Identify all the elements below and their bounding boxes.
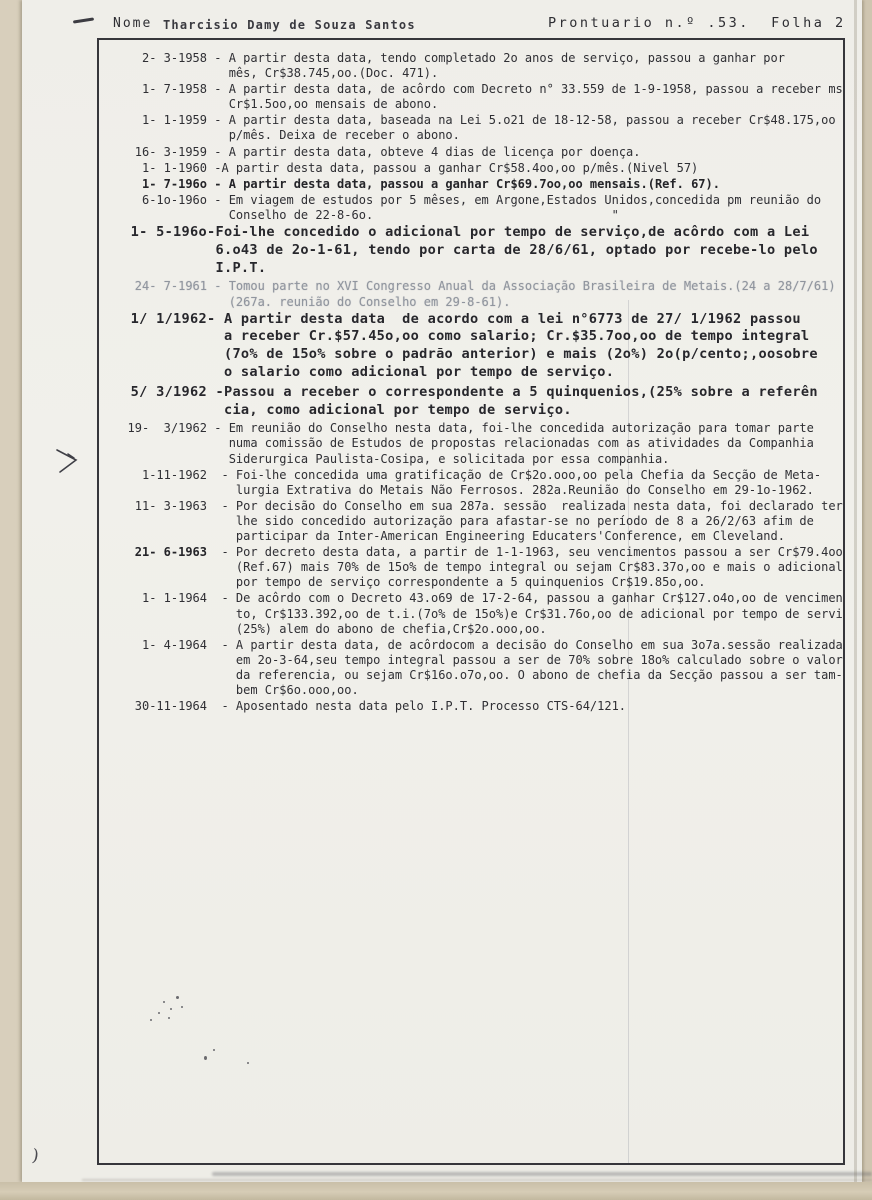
entry-date: 1/ 1/1962 [107,311,207,329]
entry-separator: - [207,384,224,402]
entry-separator: - [207,193,229,208]
record-entry: 1- 7-196o - A partir desta data, passou … [107,177,843,192]
entry-date: 16- 3-1959 [107,145,207,160]
entry-separator: - [207,421,229,436]
entry-text: A partir desta data, tendo completado 2o… [229,51,843,81]
paper-right-edge-shadow [854,0,857,1182]
entry-separator: - [207,545,236,560]
record-entry: 11- 3-1963 - Por decisão do Conselho em … [107,499,843,544]
entry-date: 24- 7-1961 [107,279,207,294]
entry-date: 1- 1-1960 [107,161,207,176]
name-label: Nome [113,16,152,31]
entry-date: 1- 1-1959 [107,113,207,128]
entry-text: A partir desta data, obteve 4 dias de li… [229,145,843,160]
entry-separator: - [207,638,236,653]
entry-separator: - [207,145,229,160]
entry-text: Foi-lhe concedida uma gratificação de Cr… [236,468,843,498]
entry-text: A partir desta data, baseada na Lei 5.o2… [229,113,843,143]
ink-speckle [247,1062,249,1064]
entry-separator: - [207,591,236,606]
prontuario-folha-label: Prontuario n.º .53. Folha 2 [548,15,846,31]
record-entry: 2- 3-1958 - A partir desta data, tendo c… [107,51,843,81]
entry-separator: - [207,279,229,294]
ink-speckle [150,1019,152,1021]
entry-separator: - [207,82,229,97]
entry-date: 1- 1-1964 [107,591,207,606]
ink-speckle [170,1008,172,1010]
entry-date: 1- 7-1958 [107,82,207,97]
entry-separator: - [207,468,236,483]
paper-edge-smudge-faint [82,1179,872,1181]
entry-separator: - [207,51,229,66]
entry-text: Em viagem de estudos por 5 mêses, em Arg… [229,193,843,223]
paper-edge-smudge [212,1172,872,1176]
entry-text: Por decreto desta data, a partir de 1-1-… [236,545,843,590]
record-entry: 1- 1-1959 - A partir desta data, baseada… [107,113,843,143]
ink-speckle [158,1012,160,1014]
entry-text: A partir desta data de acordo com a lei … [224,311,843,382]
record-entry: 1-11-1962 - Foi-lhe concedida uma gratif… [107,468,843,498]
entry-separator: - [207,499,236,514]
entry-separator: - [207,161,221,176]
margin-squiggle-mark [54,444,88,478]
record-entry: 24- 7-1961 - Tomou parte no XVI Congress… [107,279,843,309]
entry-date: 6-1o-196o [107,193,207,208]
entry-text: De acôrdo com o Decreto 43.o69 de 17-2-6… [236,591,843,636]
record-entry: 16- 3-1959 - A partir desta data, obteve… [107,145,843,160]
entry-date: 19- 3/1962 [107,421,207,436]
entry-text: A partir desta data, passou a ganhar Cr$… [229,177,843,192]
record-entry: 1- 7-1958 - A partir desta data, de acôr… [107,82,843,112]
record-entry: 1- 4-1964 - A partir desta data, de acôr… [107,638,843,698]
entry-separator: - [207,177,229,192]
ink-speckle [176,996,179,999]
entry-date: 30-11-1964 [107,699,207,714]
entry-date: 21- 6-1963 [107,545,207,560]
entry-separator: - [207,699,236,714]
ink-speckle [204,1056,207,1060]
entry-date: 1-11-1962 [107,468,207,483]
record-entry: 1/ 1/1962 - A partir desta data de acord… [107,311,843,382]
record-entry: 19- 3/1962 - Em reunião do Conselho nest… [107,421,843,466]
entry-text: Por decisão do Conselho em sua 287a. ses… [236,499,843,544]
entry-text: Passou a receber o correspondente a 5 qu… [224,384,843,420]
entry-text: A partir desta data, de acôrdocom a deci… [236,638,843,698]
entry-text: A partir desta data, passou a ganhar Cr$… [221,161,843,176]
entry-text: Foi-lhe concedido o adicional por tempo … [215,224,843,277]
ink-speckle [181,1006,183,1008]
entry-text: Tomou parte no XVI Congresso Anual da As… [229,279,843,309]
ink-speckle [213,1049,215,1051]
entry-date: 2- 3-1958 [107,51,207,66]
entry-date: 1- 5-196o [107,224,207,242]
entry-date: 1- 7-196o [107,177,207,192]
document-border-frame: 2- 3-1958 - A partir desta data, tendo c… [97,38,845,1165]
record-entry: 1- 1-1960 - A partir desta data, passou … [107,161,843,176]
entry-date: 5/ 3/1962 [107,384,207,402]
name-value: Tharcisio Damy de Souza Santos [163,18,416,32]
record-entry: 30-11-1964 - Aposentado nesta data pelo … [107,699,843,714]
entry-text: Em reunião do Conselho nesta data, foi-l… [229,421,843,466]
record-entry: 6-1o-196o - Em viagem de estudos por 5 m… [107,193,843,223]
record-entry: 21- 6-1963 - Por decreto desta data, a p… [107,545,843,590]
entry-text: A partir desta data, de acôrdo com Decre… [229,82,843,112]
scanned-document-page: { "page": { "background_color": "#cfc5b0… [0,0,872,1200]
entries-list: 2- 3-1958 - A partir desta data, tendo c… [99,40,843,714]
entry-separator: - [207,224,215,242]
entry-separator: - [207,113,229,128]
record-entry: 1- 1-1964 - De acôrdo com o Decreto 43.o… [107,591,843,636]
entry-separator: - [207,311,224,329]
record-entry: 5/ 3/1962 - Passou a receber o correspon… [107,384,843,420]
ink-speckle [168,1017,170,1019]
entry-text: Aposentado nesta data pelo I.P.T. Proces… [236,699,843,714]
scanner-bed-bottom [0,1182,872,1200]
entry-date: 11- 3-1963 [107,499,207,514]
entry-date: 1- 4-1964 [107,638,207,653]
record-entry: 1- 5-196o - Foi-lhe concedido o adiciona… [107,224,843,277]
ink-speckle [163,1001,165,1003]
